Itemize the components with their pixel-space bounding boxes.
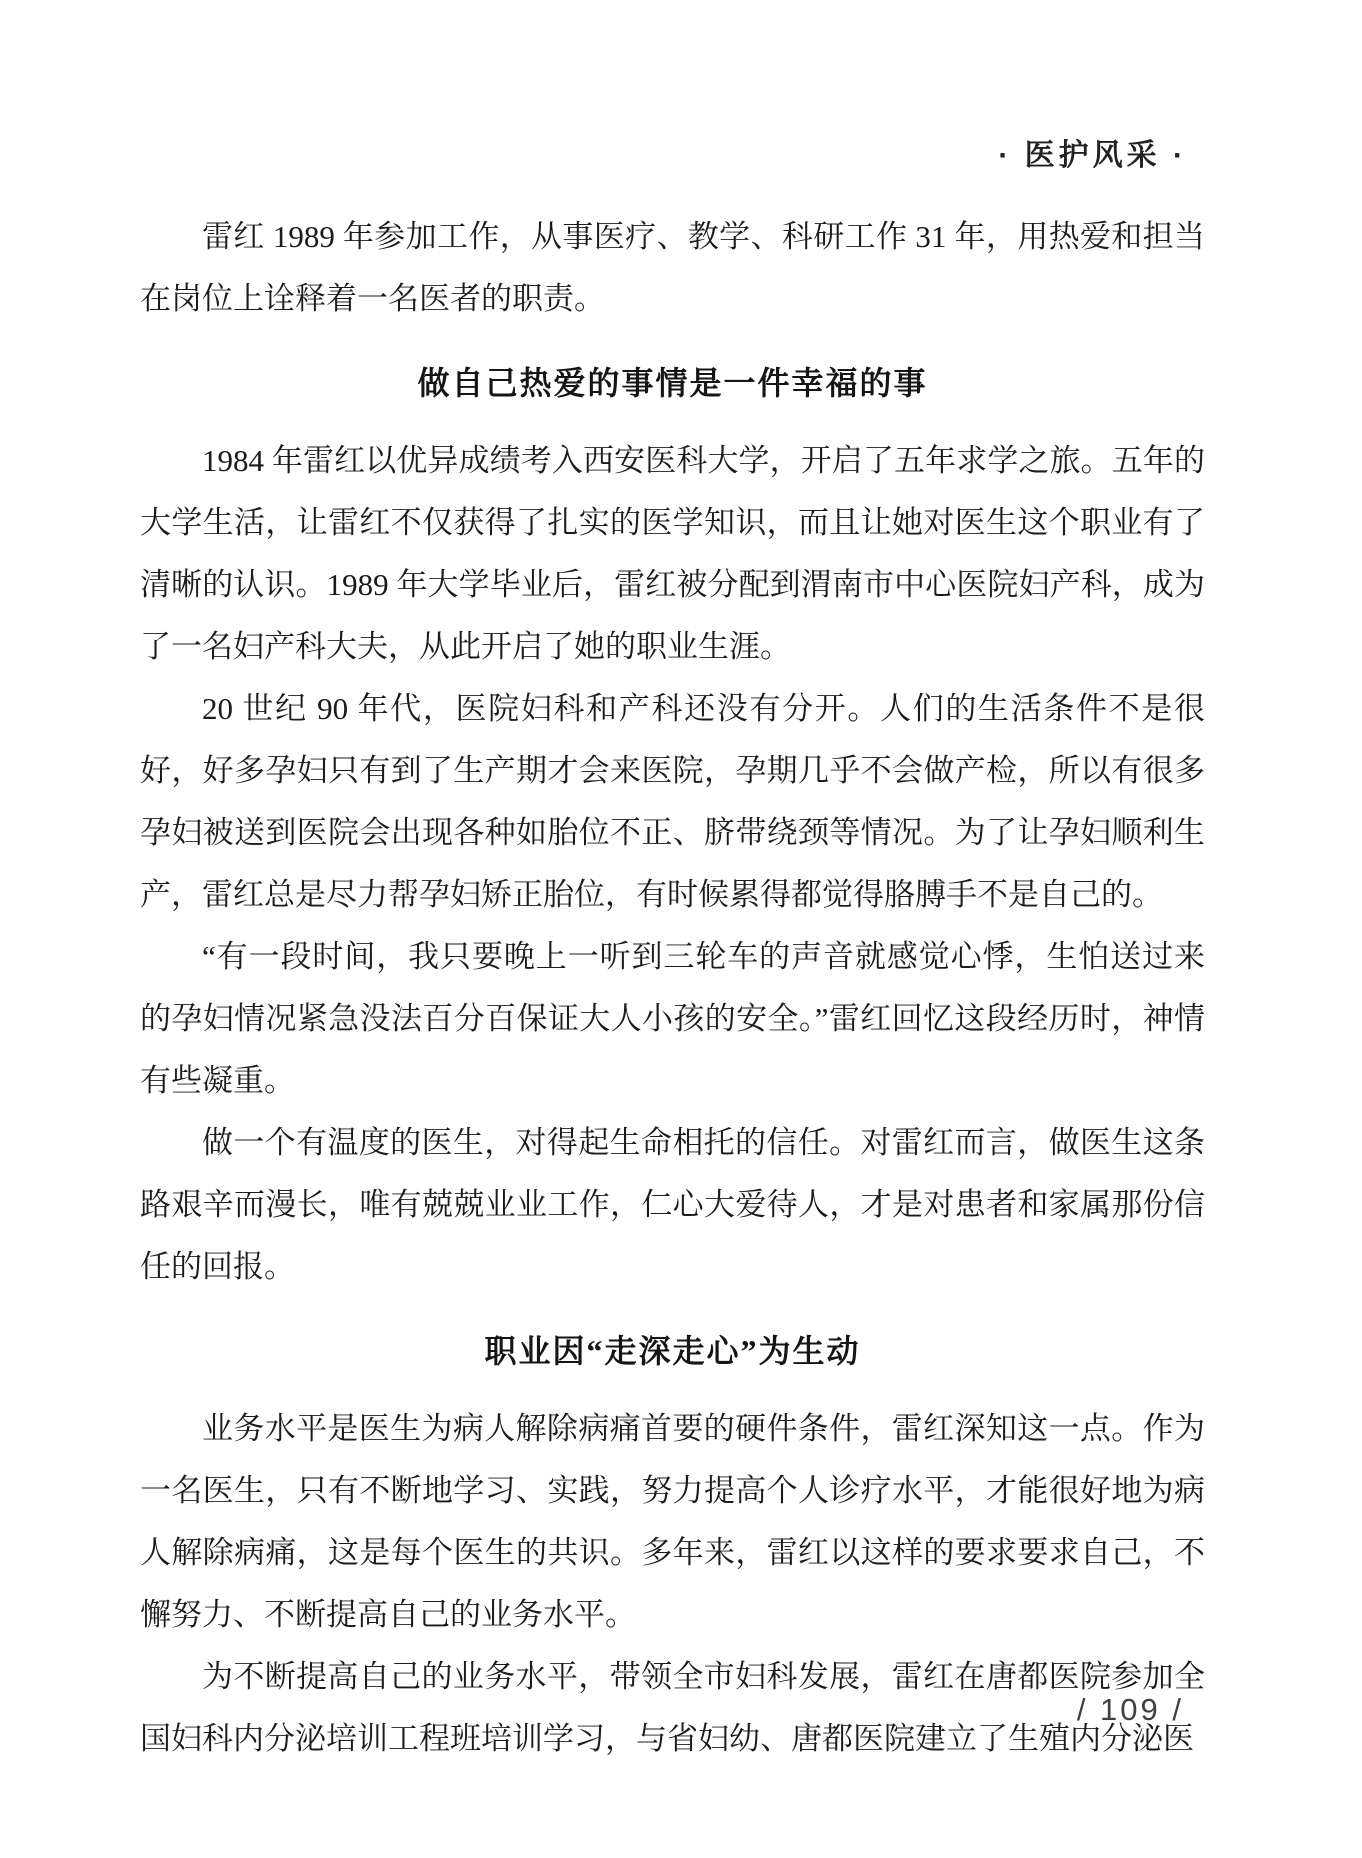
body-paragraph: 1984 年雷红以优异成绩考入西安医科大学，开启了五年求学之旅。五年的大学生活，… <box>140 430 1205 678</box>
section-heading: 做自己热爱的事情是一件幸福的事 <box>140 352 1205 414</box>
body-paragraph: 20 世纪 90 年代，医院妇科和产科还没有分开。人们的生活条件不是很好，好多孕… <box>140 678 1205 926</box>
body-paragraph: 雷红 1989 年参加工作，从事医疗、教学、科研工作 31 年，用热爱和担当在岗… <box>140 206 1205 330</box>
page-number: / 109 / <box>1077 1692 1184 1727</box>
section-title: · 医护风采 · <box>998 139 1187 172</box>
document-page: · 医护风采 · 雷红 1989 年参加工作，从事医疗、教学、科研工作 31 年… <box>0 0 1362 1858</box>
body-paragraph: 做一个有温度的医生，对得起生命相托的信任。对雷红而言，做医生这条路艰辛而漫长，唯… <box>140 1112 1205 1298</box>
page-footer: / 109 / <box>1077 1692 1184 1728</box>
page-header: · 医护风采 · <box>140 138 1205 174</box>
body-paragraph: 业务水平是医生为病人解除病痛首要的硬件条件，雷红深知这一点。作为一名医生，只有不… <box>140 1398 1205 1646</box>
article-body: 雷红 1989 年参加工作，从事医疗、教学、科研工作 31 年，用热爱和担当在岗… <box>140 206 1205 1770</box>
section-heading: 职业因“走深走心”为生动 <box>140 1320 1205 1382</box>
body-paragraph: 为不断提高自己的业务水平，带领全市妇科发展，雷红在唐都医院参加全国妇科内分泌培训… <box>140 1646 1205 1770</box>
body-paragraph: “有一段时间，我只要晚上一听到三轮车的声音就感觉心悸，生怕送过来的孕妇情况紧急没… <box>140 926 1205 1112</box>
